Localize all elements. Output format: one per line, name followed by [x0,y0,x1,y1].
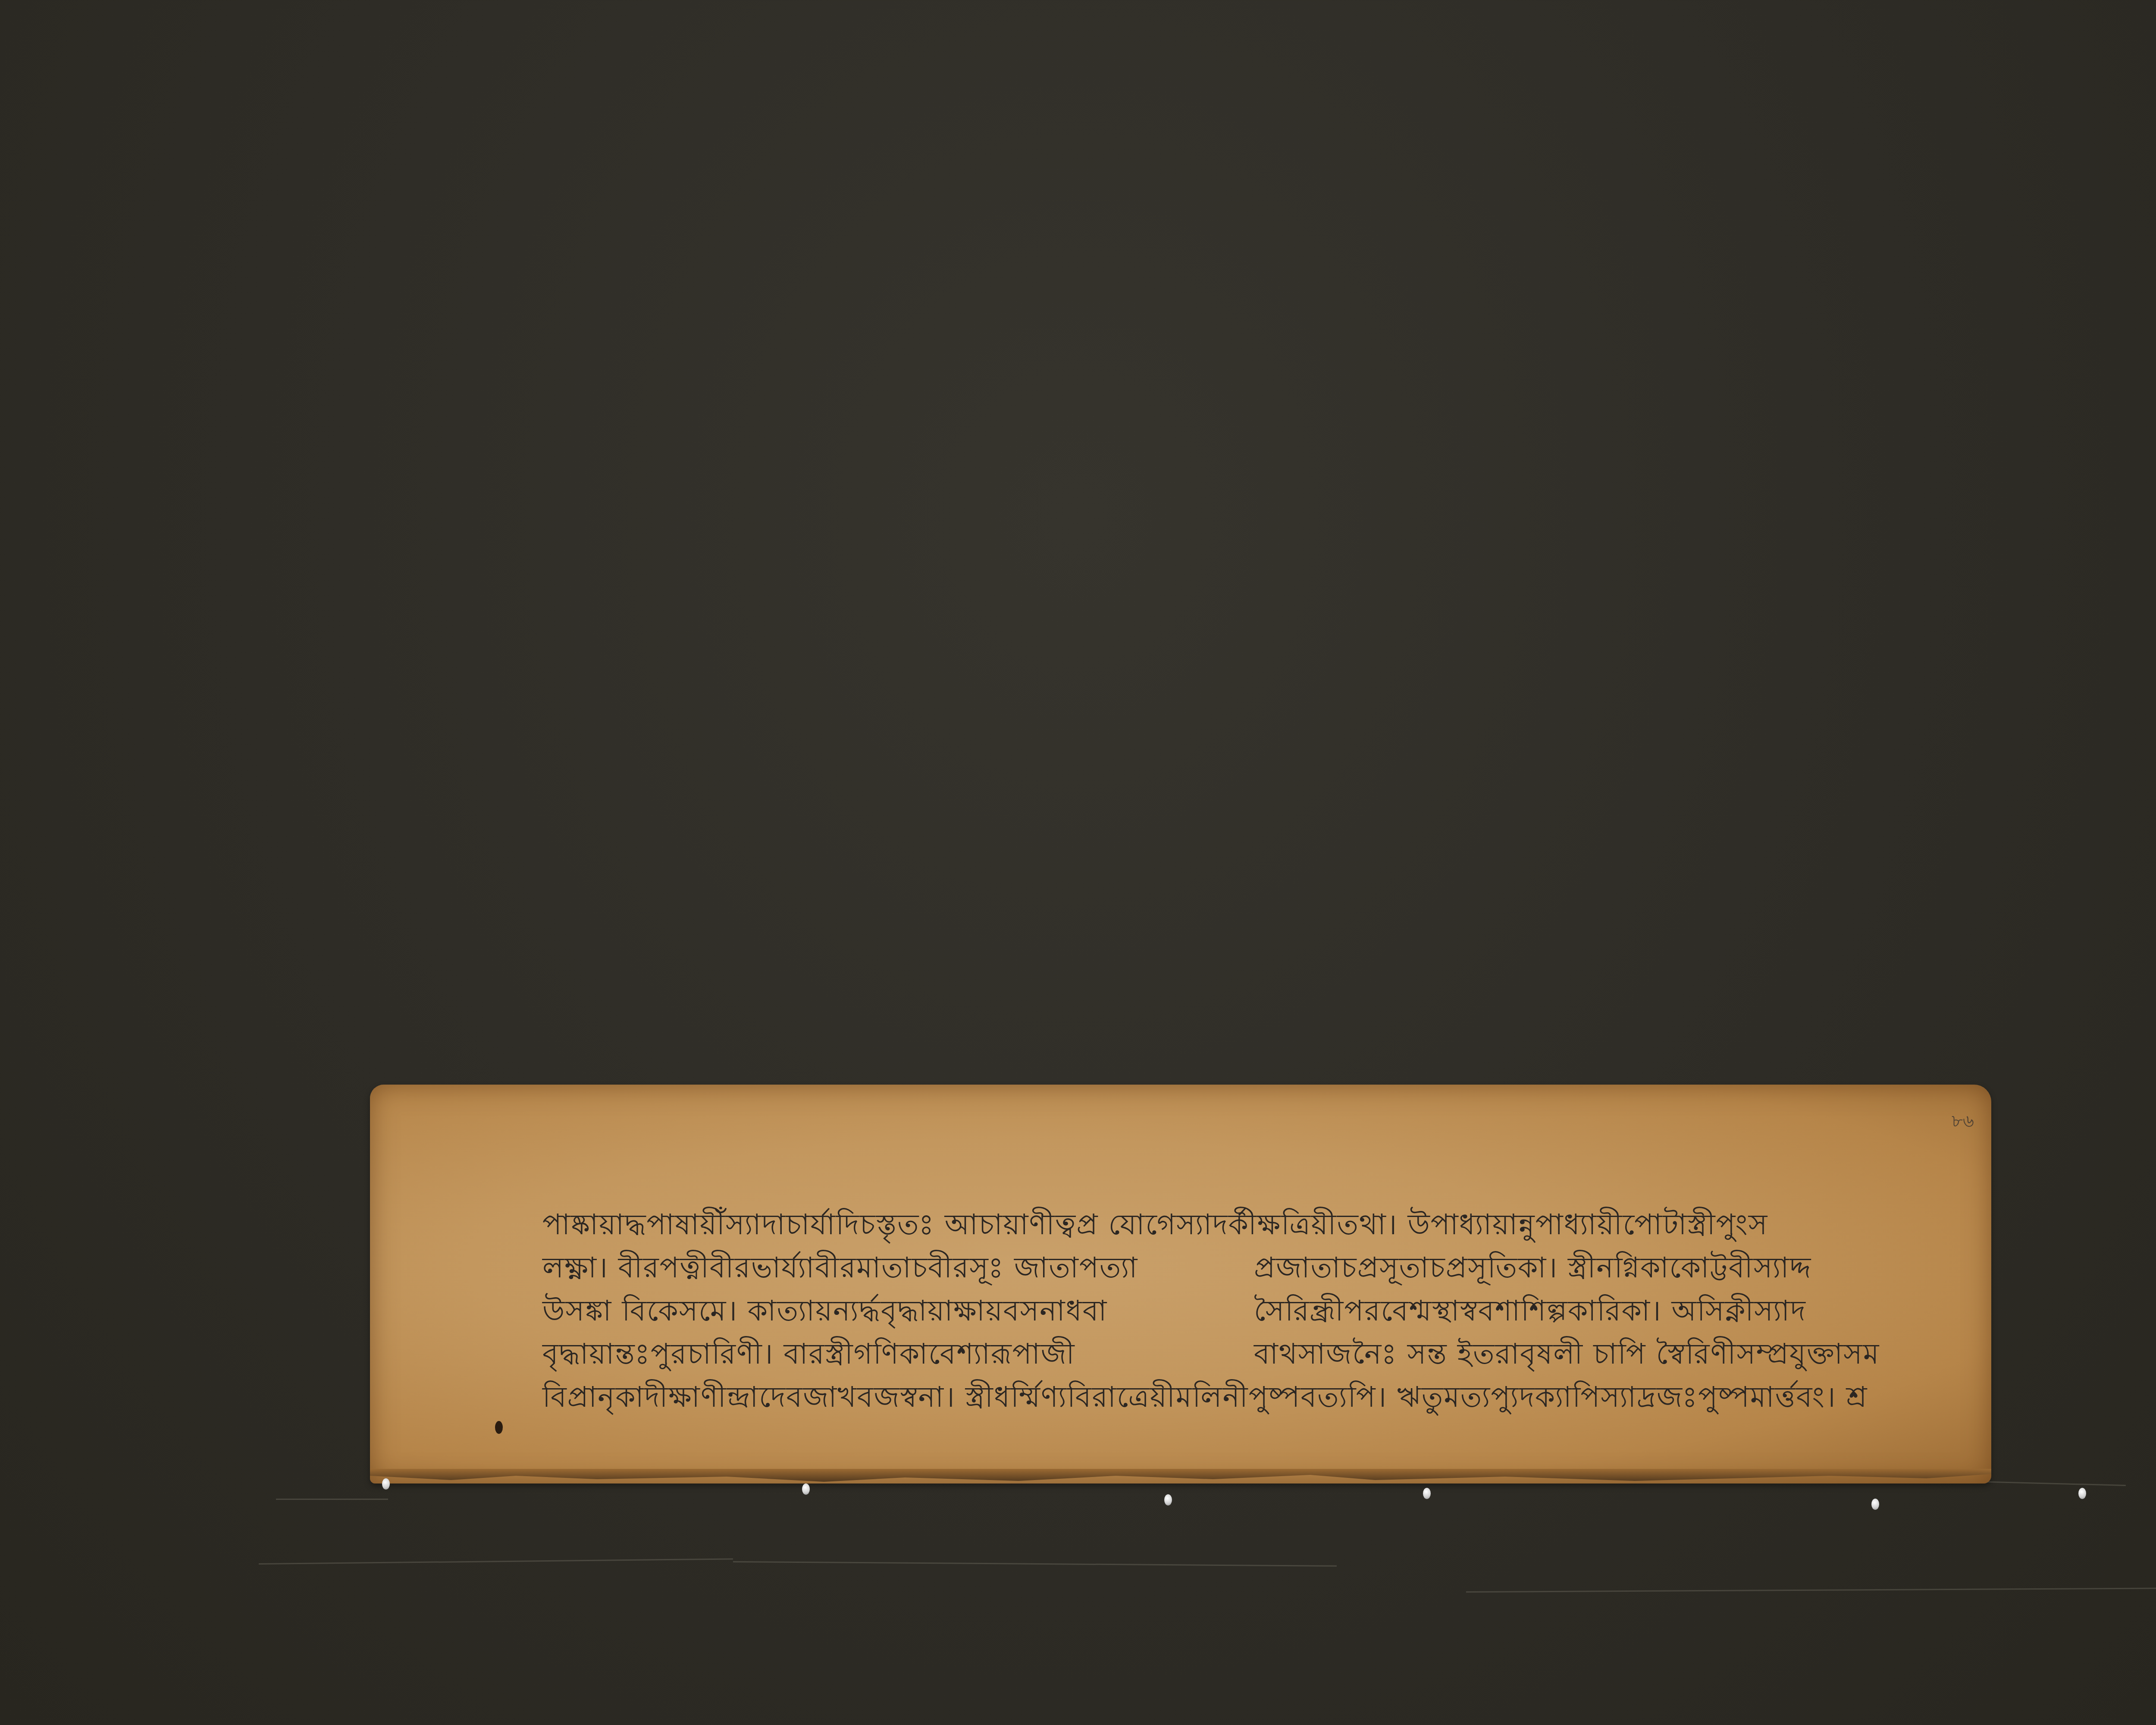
mounting-pin [2078,1488,2086,1499]
mount-guide-line [276,1499,388,1500]
manuscript-text: পাষ্কায়াদ্ধপাষায়ীঁস্যাদাচার্যাদিচস্তৃত… [542,1203,1836,1419]
line-text-left: লক্ষ্ণা। বীরপত্নীবীরভার্য্যাবীরমাতাচবীরস… [542,1246,1138,1289]
text-line-2: লক্ষ্ণা। বীরপত্নীবীরভার্য্যাবীরমাতাচবীরস… [542,1246,1836,1289]
folio-number: ৮৬ [1952,1108,1974,1134]
line-text: বিপ্রানৃকাদীক্ষাণীন্দ্রাদেবজাখবজস্বনা। স… [542,1376,1868,1419]
text-line-4: বৃদ্ধায়ান্তঃপুরচারিণী। বারস্ত্রীগণিকাবে… [542,1333,1836,1376]
line-text-right: বাথসাজনৈঃ সন্ত ইতরাবৃষলী চাপি স্বৈরিণীসম… [1254,1333,1880,1376]
mounting-pin [1423,1488,1431,1499]
line-text-right: সৈরিন্ধ্রীপরবেশ্মস্থাস্ববশাশিল্পকারিকা। … [1254,1289,1806,1333]
mounting-pin [1164,1494,1172,1505]
mounting-pin [802,1483,810,1495]
text-line-3: উসঙ্কা বিকেসমে। কাত্যায়ন্যর্দ্ধবৃদ্ধায়… [542,1289,1836,1333]
mount-guide-line [259,1558,733,1565]
text-line-1: পাষ্কায়াদ্ধপাষায়ীঁস্যাদাচার্যাদিচস্তৃত… [542,1203,1836,1246]
manuscript-leaf: ৮৬ পাষ্কায়াদ্ধপাষায়ীঁস্যাদাচার্যাদিচস্… [370,1085,1991,1483]
line-text-left: বৃদ্ধায়ান্তঃপুরচারিণী। বারস্ত্রীগণিকাবে… [542,1333,1075,1376]
mounting-pin [382,1478,390,1490]
text-line-5: বিপ্রানৃকাদীক্ষাণীন্দ্রাদেবজাখবজস্বনা। স… [542,1376,1836,1419]
line-text: পাষ্কায়াদ্ধপাষায়ীঁস্যাদাচার্যাদিচস্তৃত… [542,1203,1768,1246]
mount-guide-line [733,1561,1337,1567]
line-text-left: উসঙ্কা বিকেসমে। কাত্যায়ন্যর্দ্ধবৃদ্ধায়… [542,1289,1108,1333]
mount-guide-line [1466,1588,2156,1593]
ink-stain [495,1421,503,1434]
mounting-pin [1871,1499,1879,1510]
line-text-right: প্রজাতাচপ্রসূতাচপ্রসূতিকা। স্ত্রীনগ্নিকা… [1254,1246,1811,1289]
